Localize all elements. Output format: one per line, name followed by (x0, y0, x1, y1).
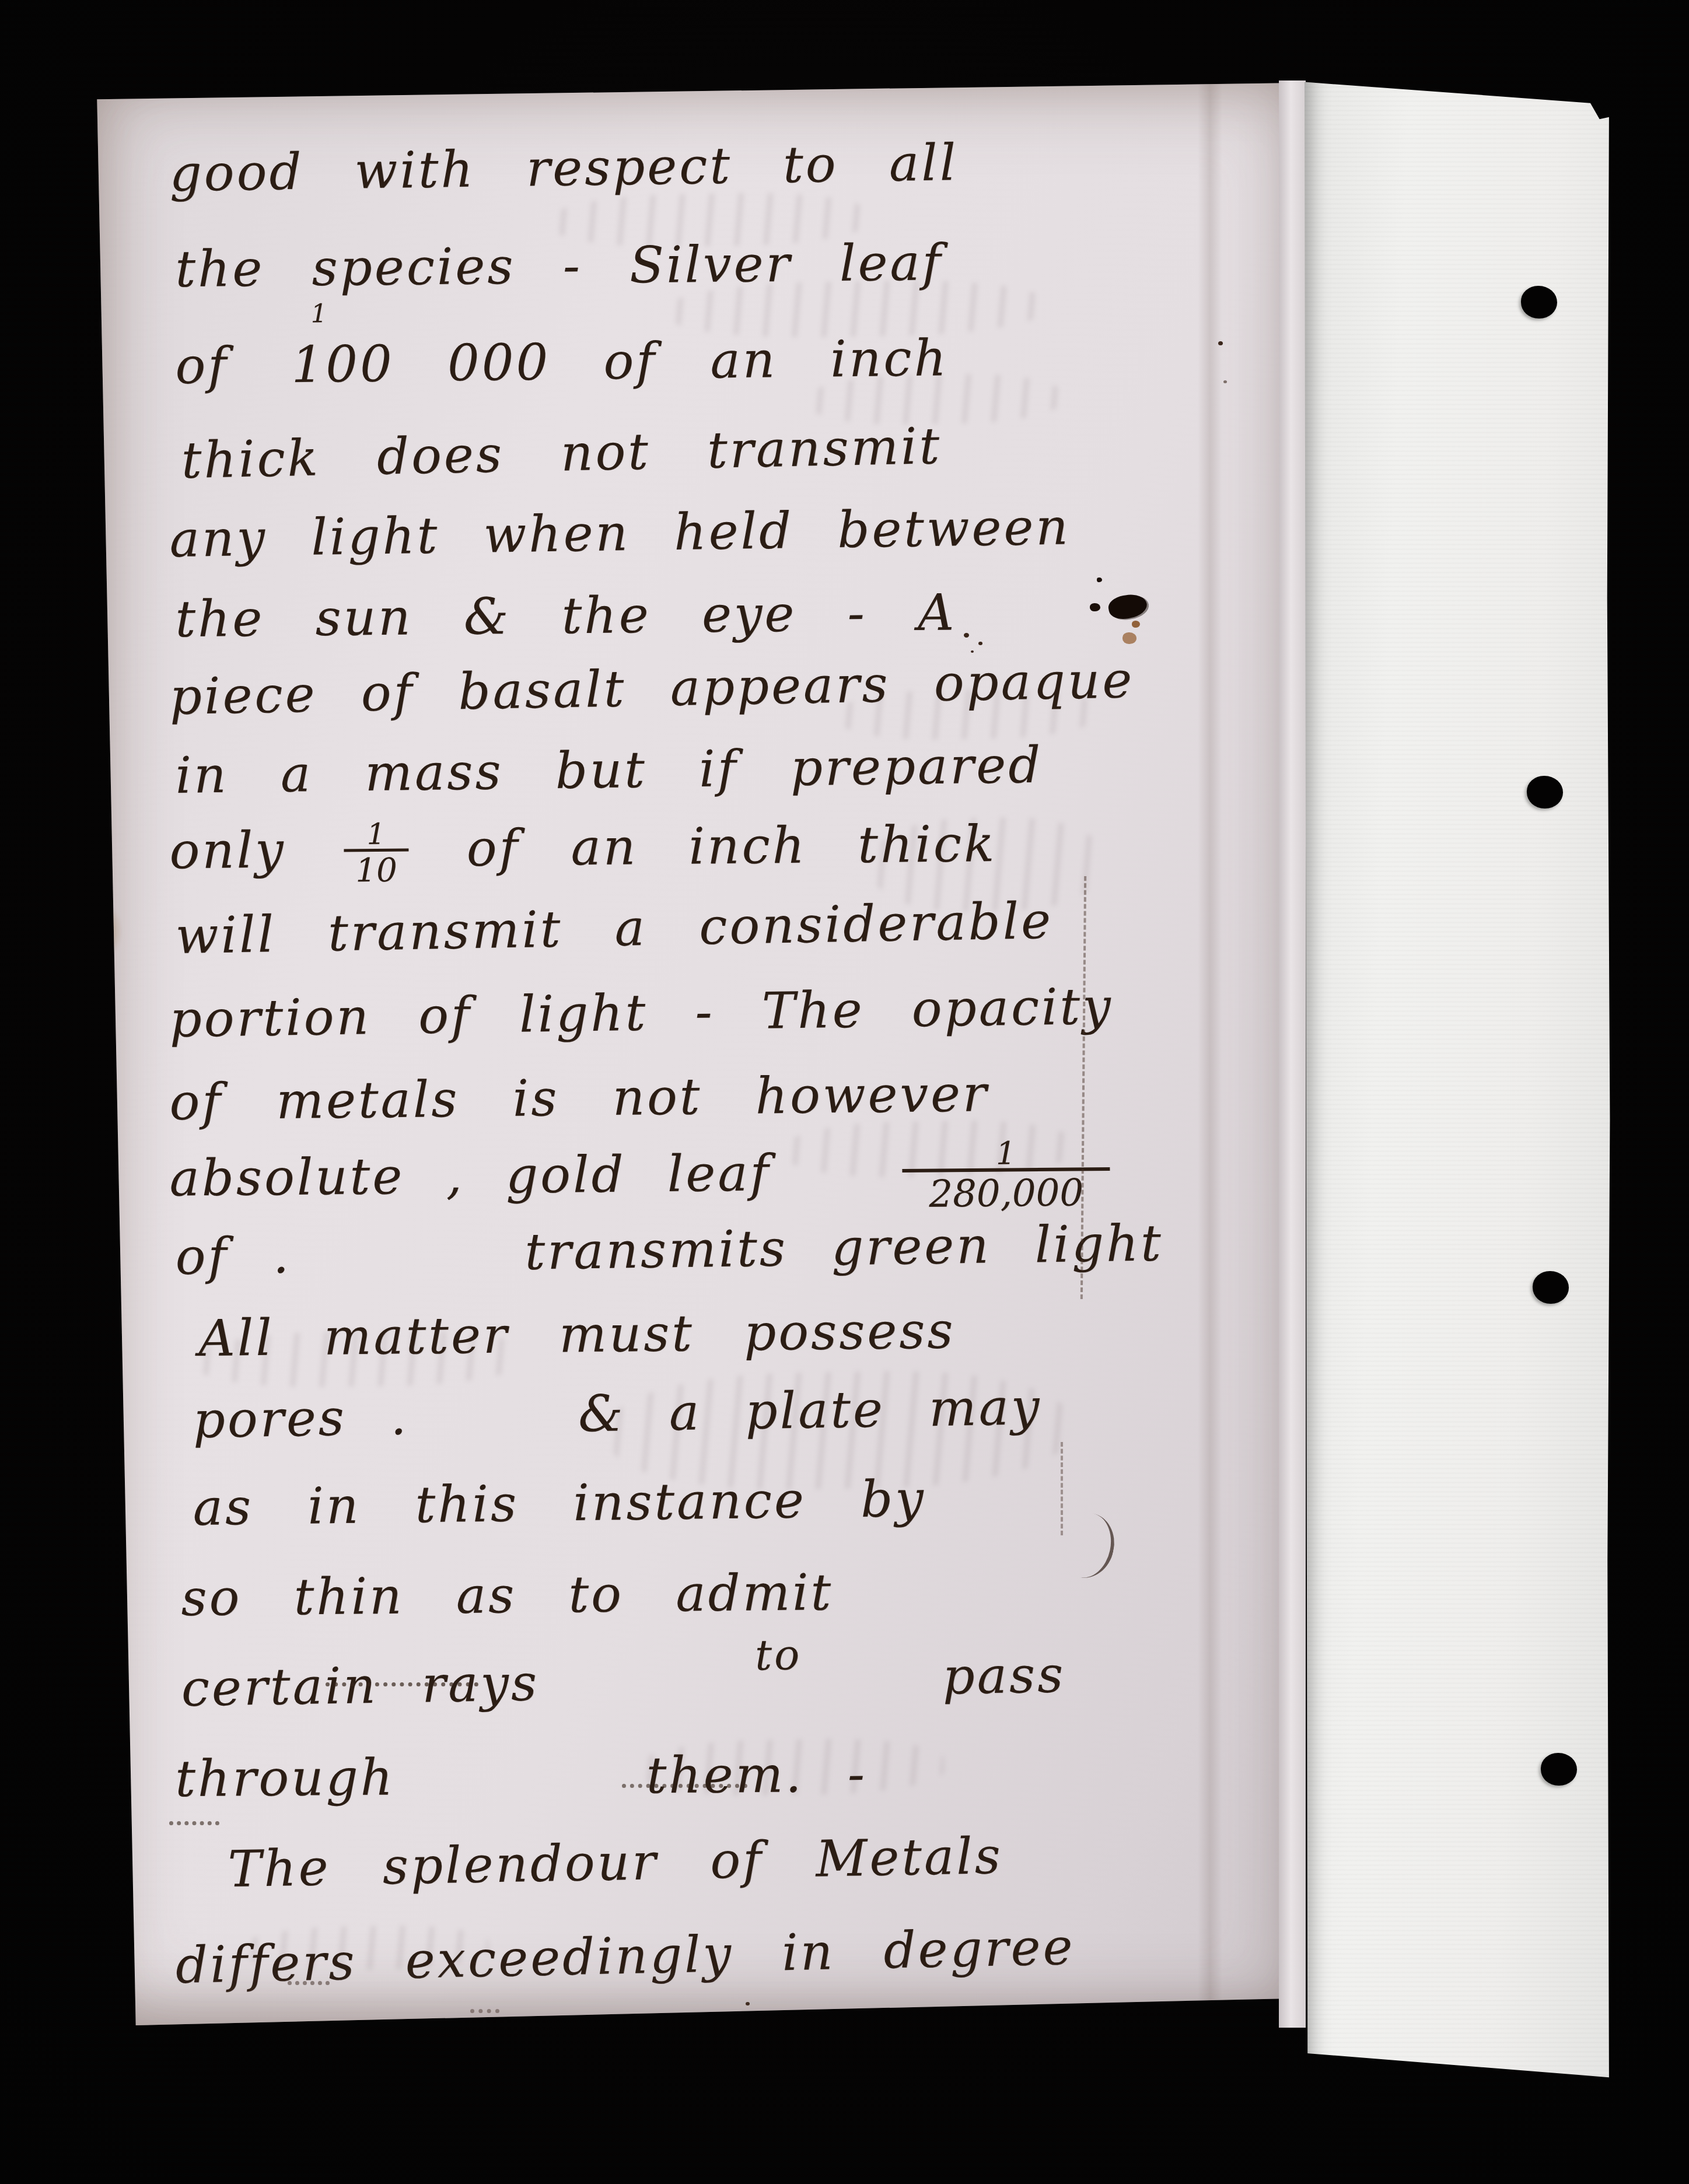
line-text: so thin as to admit (181, 1563, 834, 1627)
line-text: of an inch (603, 329, 949, 391)
handwritten-line: of 1 100 000 of an inch (175, 330, 949, 394)
inline-fraction: 1 100 000 (291, 334, 551, 393)
fraction-denominator: 10 (344, 848, 409, 886)
ink-dots (326, 1682, 478, 1686)
foxing-stain (86, 904, 123, 958)
ink-blot (1090, 603, 1100, 611)
handwritten-line: absolute , gold leaf 1 280,000 (169, 1137, 1117, 1219)
handwritten-line: as in this instance by (193, 1471, 926, 1536)
handwritten-line: good with respect to all (169, 135, 959, 202)
handwritten-line: portion of light - The opacity (169, 978, 1113, 1048)
fraction-denominator: 280,000 (902, 1167, 1110, 1213)
ink-dots (288, 1981, 330, 1985)
punch-hole-4 (1541, 1753, 1577, 1786)
handwritten-line: of . transmits green light (175, 1215, 1163, 1285)
line-text: in a mass but if prepared (175, 736, 1043, 805)
page-crease (1198, 83, 1222, 2025)
ink-dots (470, 2009, 499, 2013)
punch-hole-1 (1521, 286, 1557, 318)
line-text: the species - Silver leaf (175, 234, 943, 299)
line-text: portion of light - The opacity (169, 977, 1113, 1049)
punch-hole-2 (1527, 776, 1563, 808)
fraction-denominator: 100 000 (291, 333, 551, 394)
line-text (1117, 1141, 1117, 1199)
line-text: the sun & the eye - A (175, 583, 957, 649)
rust-spot (1122, 632, 1137, 644)
inline-fraction: 1 10 (344, 820, 409, 886)
line-text: The splendour of Metals (228, 1827, 1003, 1899)
handwritten-line: the species - Silver leaf (175, 235, 943, 298)
line-text: piece of basalt appears opaque (169, 651, 1135, 726)
ink-speck (746, 2002, 750, 2006)
handwritten-line: The splendour of Metals (228, 1828, 1003, 1898)
ink-blot (1097, 577, 1102, 582)
handwritten-line: through them. - (175, 1746, 867, 1808)
handwritten-line: pores . & a plate may (193, 1379, 1042, 1448)
handwritten-line: will transmit a considerable (175, 893, 1054, 965)
photograph-of-manuscript: { "photo": { "background_color": "#05040… (0, 0, 1689, 2184)
handwritten-line: in a mass but if prepared (175, 737, 1043, 804)
handwritten-line: All matter must possess (198, 1303, 956, 1367)
ink-speck (964, 633, 969, 638)
handwritten-line: of metals is not however (169, 1066, 989, 1130)
handwritten-line: piece of basalt appears opaque (169, 652, 1135, 725)
line-text: transmits green light (524, 1214, 1164, 1281)
line-text: only (169, 821, 286, 881)
line-text: will transmit a considerable (175, 892, 1054, 965)
line-text: through (175, 1748, 395, 1808)
fraction-numerator: 1 (996, 1138, 1016, 1168)
page-fold-edge (1279, 80, 1306, 2028)
handwritten-line: so thin as to admit (181, 1564, 834, 1626)
line-text: as in this instance by (193, 1470, 926, 1537)
line-text: of . (175, 1226, 292, 1286)
handwritten-line: any light when held between (169, 499, 1071, 568)
line-text: of metals is not however (169, 1065, 989, 1132)
handwritten-line: thick does not transmit (181, 418, 942, 489)
line-text: good with respect to all (169, 134, 959, 203)
line-text: of an inch thick (466, 815, 996, 878)
line-text: All matter must possess (198, 1301, 956, 1368)
line-text: of (175, 337, 229, 395)
line-text: absolute , gold leaf (169, 1144, 771, 1208)
rust-spot (1132, 621, 1140, 628)
inline-fraction: 1 280,000 (901, 1137, 1110, 1213)
line-text: pass (942, 1646, 1066, 1706)
line-text: pores . (193, 1388, 409, 1450)
handwritten-line: only 1 10 of an inch thick (169, 815, 997, 888)
fraction-numerator: 1 (366, 821, 385, 849)
handwritten-line: the sun & the eye - A (175, 584, 957, 647)
ink-dots (169, 1821, 219, 1825)
ink-dots (622, 1784, 747, 1788)
handwritten-line: certain rays to pass (181, 1647, 1066, 1717)
handwriting-layer: good with respect to all the species - S… (92, 83, 1303, 2025)
manuscript-page: good with respect to all the species - S… (92, 83, 1303, 2025)
punch-hole-3 (1533, 1271, 1569, 1304)
backing-strip (1305, 77, 1610, 2081)
inserted-word: to (754, 1631, 802, 1679)
fraction-numerator: 1 (310, 299, 327, 328)
dotted-pen-line (1061, 1442, 1063, 1535)
line-text: thick does not transmit (181, 417, 942, 490)
line-text: & a plate may (578, 1378, 1042, 1443)
line-text: any light when held between (169, 498, 1071, 569)
line-text: them. - (646, 1745, 867, 1805)
